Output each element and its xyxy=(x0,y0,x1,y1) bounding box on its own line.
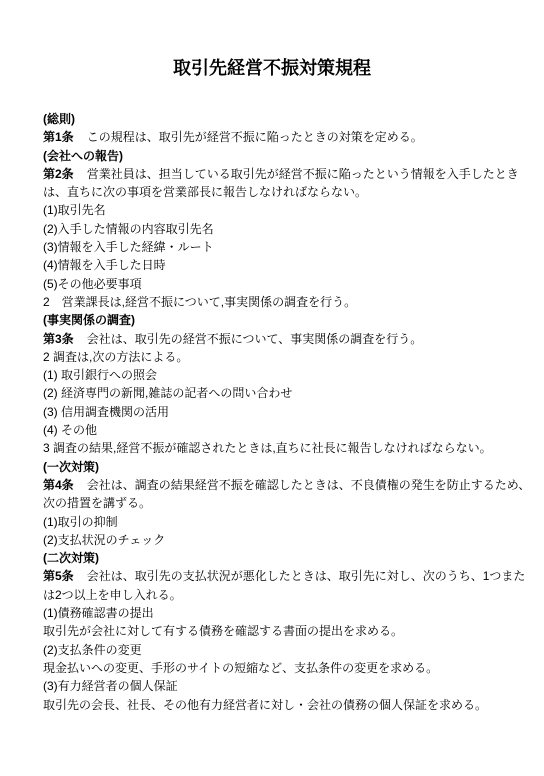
line-text: 3 調査の結果,経営不振が確認されたときは,直ちに社長に報告しなければならない。 xyxy=(43,441,492,455)
document-line: (一次対策) xyxy=(43,458,514,476)
document-line: (1)債務確認書の提出 xyxy=(43,604,514,622)
document-line: 次の措置を講ずる。 xyxy=(43,494,514,512)
line-text: (3) 信用調査機関の活用 xyxy=(43,405,169,419)
document-line: 第4条会社は、調査の結果経営不振を確認したときは、不良債権の発生を防止するため、 xyxy=(43,476,514,494)
line-text: (1)取引の抑制 xyxy=(43,515,118,529)
document-line: (1)取引先名 xyxy=(43,201,514,219)
line-text: 会社は、取引先の経営不振について、事実関係の調査を行う。 xyxy=(87,332,423,346)
article-number: 第2条 xyxy=(43,167,74,181)
document-line: (3) 信用調査機関の活用 xyxy=(43,403,514,421)
document-line: 現金払いへの変更、手形のサイトの短縮など、支払条件の変更を求める。 xyxy=(43,659,514,677)
line-text: (1) 取引銀行への照会 xyxy=(43,368,157,382)
article-number: 第3条 xyxy=(43,332,74,346)
line-text: 取引先が会社に対して有する債務を確認する書面の提出を求める。 xyxy=(43,624,403,638)
document-line: (3)情報を入手した経緯・ルート xyxy=(43,238,514,256)
document-title: 取引先経営不振対策規程 xyxy=(0,0,544,80)
line-text: (総則) xyxy=(43,112,75,126)
line-text: (会社への報告) xyxy=(43,149,123,163)
document-line: 第5条会社は、取引先の支払状況が悪化したときは、取引先に対し、次のうち、1つまた xyxy=(43,567,514,585)
document-page: 取引先経営不振対策規程 (総則)第1条この規程は、取引先が経営不振に陥ったときの… xyxy=(0,0,544,776)
line-text: (4)情報を入手した日時 xyxy=(43,258,166,272)
line-text: 2 調査は,次の方法による。 xyxy=(43,350,188,364)
document-line: (3)有力経営者の個人保証 xyxy=(43,677,514,695)
document-line: 3 調査の結果,経営不振が確認されたときは,直ちに社長に報告しなければならない。 xyxy=(43,439,514,457)
document-body: (総則)第1条この規程は、取引先が経営不振に陥ったときの対策を定める。(会社への… xyxy=(0,80,544,714)
document-line: (4) その他 xyxy=(43,421,514,439)
document-line: 第2条営業社員は、担当している取引先が経営不振に陥ったという情報を入手したとき xyxy=(43,165,514,183)
document-line: 第3条会社は、取引先の経営不振について、事実関係の調査を行う。 xyxy=(43,330,514,348)
document-line: (総則) xyxy=(43,110,514,128)
document-line: (2)支払状況のチェック xyxy=(43,531,514,549)
line-text: (事実関係の調査) xyxy=(43,313,135,327)
line-text: 2 営業課長は,経営不振について,事実関係の調査を行う。 xyxy=(43,295,356,309)
document-line: は2つ以上を申し入れる。 xyxy=(43,586,514,604)
document-line: は、直ちに次の事項を営業部長に報告しなければならない。 xyxy=(43,183,514,201)
line-text: (1)取引先名 xyxy=(43,203,106,217)
document-line: 2 調査は,次の方法による。 xyxy=(43,348,514,366)
line-text: 現金払いへの変更、手形のサイトの短縮など、支払条件の変更を求める。 xyxy=(43,661,438,675)
line-text: 取引先の会長、社長、その他有力経営者に対し・会社の債務の個人保証を求める。 xyxy=(43,698,487,712)
document-line: (2)入手した情報の内容取引先名 xyxy=(43,220,514,238)
document-line: (会社への報告) xyxy=(43,147,514,165)
line-text: 次の措置を講ずる。 xyxy=(43,496,151,510)
document-line: (5)その他必要事項 xyxy=(43,275,514,293)
line-text: (5)その他必要事項 xyxy=(43,277,142,291)
document-line: 取引先が会社に対して有する債務を確認する書面の提出を求める。 xyxy=(43,622,514,640)
line-text: (2)入手した情報の内容取引先名 xyxy=(43,222,214,236)
document-line: (2) 経済専門の新聞,雑誌の記者への問い合わせ xyxy=(43,384,514,402)
line-text: (二次対策) xyxy=(43,551,99,565)
document-line: (1)取引の抑制 xyxy=(43,513,514,531)
document-line: (事実関係の調査) xyxy=(43,311,514,329)
line-text: (4) その他 xyxy=(43,423,97,437)
article-number: 第1条 xyxy=(43,130,74,144)
line-text: 営業社員は、担当している取引先が経営不振に陥ったという情報を入手したとき xyxy=(87,167,519,181)
line-text: (3)有力経営者の個人保証 xyxy=(43,679,178,693)
line-text: 会社は、取引先の支払状況が悪化したときは、取引先に対し、次のうち、1つまた xyxy=(87,569,526,583)
article-number: 第5条 xyxy=(43,569,74,583)
document-line: (二次対策) xyxy=(43,549,514,567)
line-text: この規程は、取引先が経営不振に陥ったときの対策を定める。 xyxy=(87,130,423,144)
line-text: (3)情報を入手した経緯・ルート xyxy=(43,240,214,254)
document-line: (1) 取引銀行への照会 xyxy=(43,366,514,384)
line-text: (2)支払条件の変更 xyxy=(43,643,142,657)
document-line: 2 営業課長は,経営不振について,事実関係の調査を行う。 xyxy=(43,293,514,311)
document-line: (4)情報を入手した日時 xyxy=(43,256,514,274)
article-number: 第4条 xyxy=(43,478,74,492)
line-text: は2つ以上を申し入れる。 xyxy=(43,588,182,602)
document-line: 第1条この規程は、取引先が経営不振に陥ったときの対策を定める。 xyxy=(43,128,514,146)
line-text: (一次対策) xyxy=(43,460,99,474)
document-line: (2)支払条件の変更 xyxy=(43,641,514,659)
line-text: 会社は、調査の結果経営不振を確認したときは、不良債権の発生を防止するため、 xyxy=(87,478,531,492)
line-text: は、直ちに次の事項を営業部長に報告しなければならない。 xyxy=(43,185,367,199)
line-text: (2)支払状況のチェック xyxy=(43,533,165,547)
line-text: (1)債務確認書の提出 xyxy=(43,606,154,620)
document-line: 取引先の会長、社長、その他有力経営者に対し・会社の債務の個人保証を求める。 xyxy=(43,696,514,714)
line-text: (2) 経済専門の新聞,雑誌の記者への問い合わせ xyxy=(43,386,292,400)
